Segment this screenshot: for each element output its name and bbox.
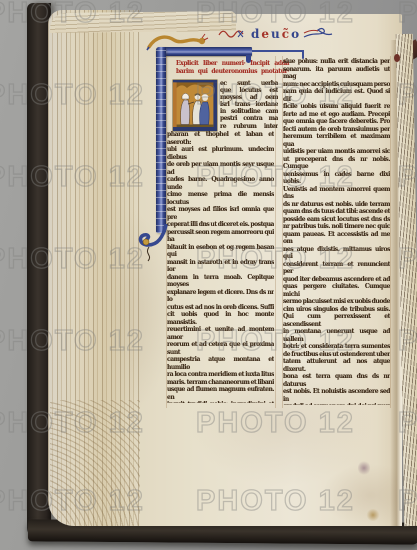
- initial-letter-top-bar: [156, 47, 252, 56]
- running-title: deuc̃o: [218, 24, 338, 44]
- miniature-moses-scene: [173, 80, 217, 131]
- running-title-letter: d: [251, 27, 259, 41]
- initial-letter-stem: [156, 47, 166, 233]
- running-title-letter: e: [261, 27, 269, 41]
- headband: [394, 54, 400, 62]
- penwork-flourish-right: [302, 27, 334, 41]
- column-left-text: pharan et thophel et laban et aseroth: u…: [167, 131, 274, 403]
- rubric-incipit: Explicit liber numeri· Incipit adda bari…: [176, 60, 289, 78]
- page-stack-bottom-corner: [50, 400, 140, 526]
- running-title-letter: u: [271, 27, 280, 41]
- initial-extension-line: [252, 50, 304, 52]
- running-title-letter: c̃: [282, 27, 289, 41]
- running-title-letters: deuc̃o: [251, 27, 299, 41]
- column-right-text: siue pohus: nulla erit distancia per son…: [283, 58, 390, 405]
- penwork-flourish-left: [218, 27, 248, 41]
- manuscript-photo: deuc̃o: [0, 0, 417, 550]
- running-title-letter: o: [291, 27, 299, 41]
- page-stack-top-edge: [50, 11, 236, 33]
- parchment-stain: [366, 509, 380, 521]
- column-left-opening-lines: ec sunt uerba que locutus est moyses ad …: [220, 80, 278, 131]
- ruling-line: [390, 56, 391, 408]
- parchment-stain: [358, 460, 370, 476]
